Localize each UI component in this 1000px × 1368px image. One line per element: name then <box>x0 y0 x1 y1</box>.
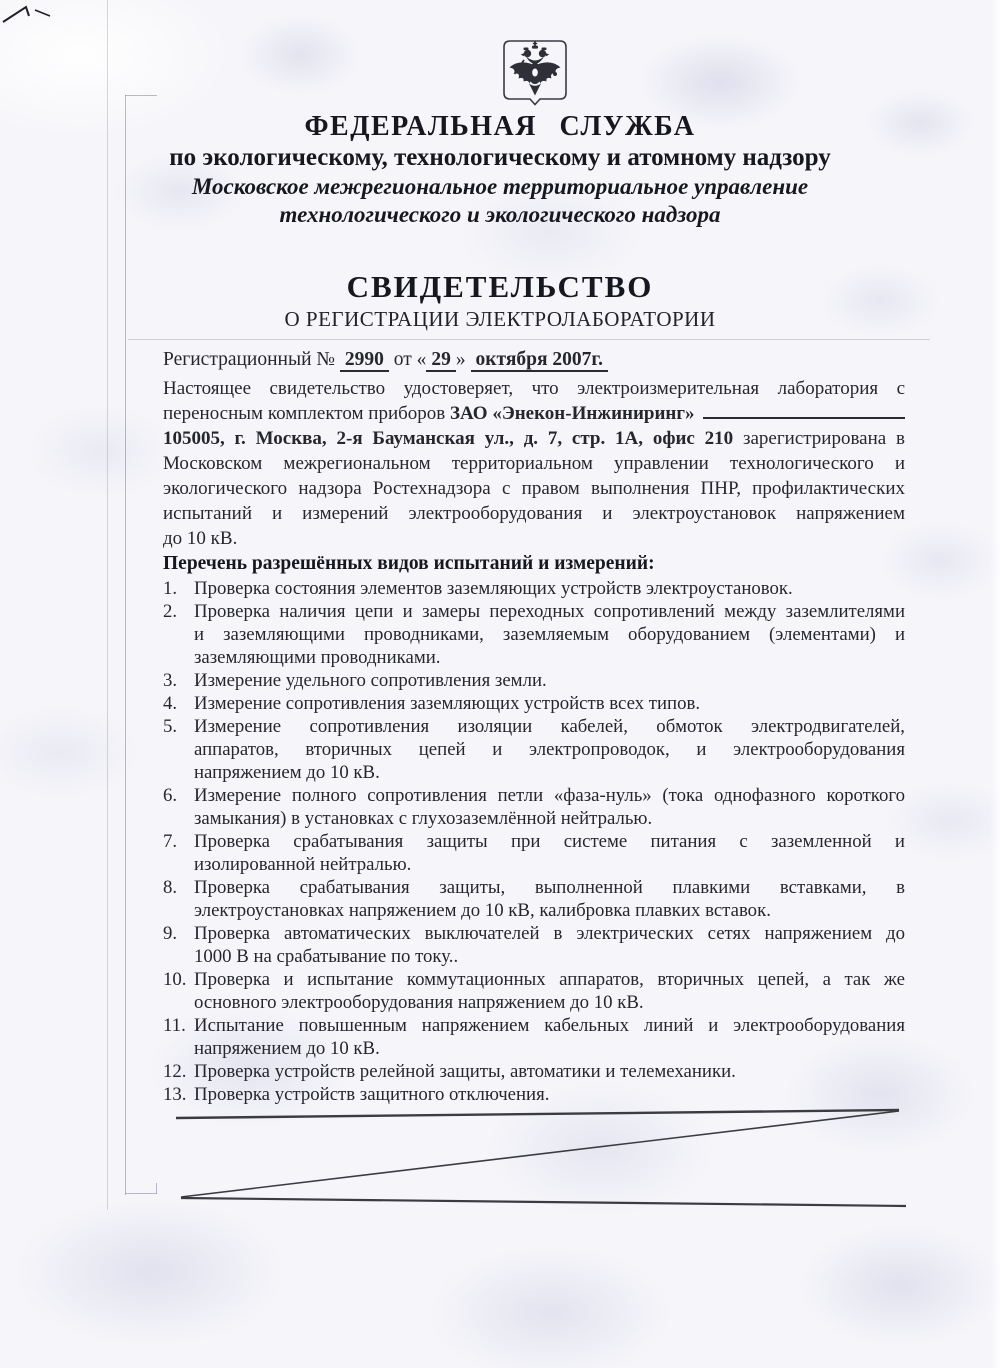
list-item-number: 12. <box>163 1060 194 1083</box>
list-item-number: 9. <box>163 922 194 968</box>
list-item-line: напряжением до 10 кВ. <box>194 761 905 784</box>
registration-from: от « <box>389 349 427 370</box>
document-body: Регистрационный № 2990 от «29» октября 2… <box>163 346 905 1106</box>
body-line-1: Настоящее свидетельство удостоверяет, чт… <box>163 376 905 401</box>
registration-number: 2990 <box>340 349 389 372</box>
org-name-line1: ФЕДЕРАЛЬНАЯ СЛУЖБА <box>0 111 1000 143</box>
list-item-number: 4. <box>163 692 194 715</box>
body-line-7: до 10 кВ. <box>163 526 905 551</box>
body-paragraph: Настоящее свидетельство удостоверяет, чт… <box>163 376 905 551</box>
frame-bottom-tick-up <box>156 1183 157 1194</box>
list-item-line: Проверка срабатывания защиты, выполненно… <box>194 876 905 899</box>
list-item-line: Проверка устройств релейной защиты, авто… <box>194 1060 905 1083</box>
coat-of-arms-icon <box>498 37 572 114</box>
list-item-number: 3. <box>163 669 194 692</box>
org-subdivision-line2: технологического и экологического надзор… <box>0 201 1000 229</box>
list-item-line: и заземляющими проводниками, заземляемым… <box>194 623 905 646</box>
divider-rule <box>128 339 930 340</box>
list-item: 4. Измерение сопротивления заземляющих у… <box>163 692 905 715</box>
registration-date: октября 2007г. <box>471 349 608 372</box>
scan-artifact-marks <box>0 0 60 30</box>
list-item-number: 5. <box>163 715 194 784</box>
list-item: 6. Измерение полного сопротивления петли… <box>163 784 905 830</box>
list-item: 10. Проверка и испытание коммутационных … <box>163 968 905 1014</box>
body-line-2-text: переносным комплектом приборов <box>163 401 450 426</box>
list-item-line: заземляющими проводниками. <box>194 646 905 669</box>
list-item-line: Испытание повышенным напряжением кабельн… <box>194 1014 905 1037</box>
body-line-6: испытаний и измерений электрооборудовани… <box>163 501 905 526</box>
registration-line: Регистрационный № 2990 от «29» октября 2… <box>163 346 905 373</box>
list-item-line: Проверка срабатывания защиты при системе… <box>194 830 905 853</box>
list-item-line: Проверка и испытание коммутационных аппа… <box>194 968 905 991</box>
body-line-2: переносным комплектом приборов ЗАО «Энек… <box>163 401 905 426</box>
frame-top-tick <box>125 95 157 96</box>
list-item-number: 11. <box>163 1014 194 1060</box>
list-item-line: 1000 В на срабатывание по току.. <box>194 945 905 968</box>
frame-bottom-tick <box>125 1193 157 1194</box>
list-item: 5. Измерение сопротивления изоляции кабе… <box>163 715 905 784</box>
company-address: 105005, г. Москва, 2-я Бауманская ул., д… <box>163 428 733 449</box>
list-item-number: 2. <box>163 600 194 669</box>
registration-day: 29 <box>426 349 456 372</box>
list-item-line: электроустановках напряжением до 10 кВ, … <box>194 899 905 922</box>
list-item-line: Проверка автоматических выключателей в э… <box>194 922 905 945</box>
list-item-line: замыкания) в установках с глухозаземлённ… <box>194 807 905 830</box>
list-item-line: изолированной нейтралью. <box>194 853 905 876</box>
company-name: ЗАО «Энекон-Инжиниринг» <box>450 401 695 426</box>
list-heading: Перечень разрешённых видов испытаний и и… <box>163 551 905 577</box>
list-item: 2. Проверка наличия цепи и замеры перехо… <box>163 600 905 669</box>
org-subdivision-line1: Московское межрегиональное территориальн… <box>0 173 1000 201</box>
list-item: 1. Проверка состояния элементов заземляю… <box>163 577 905 600</box>
list-item-line: Измерение сопротивления заземляющих устр… <box>194 692 905 715</box>
document-subtitle: О РЕГИСТРАЦИИ ЭЛЕКТРОЛАБОРАТОРИИ <box>0 306 1000 332</box>
list-item: 7. Проверка срабатывания защиты при сист… <box>163 830 905 876</box>
list-item-line: Проверка наличия цепи и замеры переходны… <box>194 600 905 623</box>
blank-underline <box>703 417 905 419</box>
list-item-line: Проверка устройств защитного отключения. <box>194 1083 905 1106</box>
list-item-number: 13. <box>163 1083 194 1106</box>
list-item-line: Измерение сопротивления изоляции кабелей… <box>194 715 905 738</box>
list-item-number: 7. <box>163 830 194 876</box>
list-item: 9. Проверка автоматических выключателей … <box>163 922 905 968</box>
org-name-line2: по экологическому, технологическому и ат… <box>0 143 1000 173</box>
list-item-number: 8. <box>163 876 194 922</box>
list-item-number: 1. <box>163 577 194 600</box>
body-line-5: экологического надзора Ростехнадзора с п… <box>163 476 905 501</box>
org-header: ФЕДЕРАЛЬНАЯ СЛУЖБА по экологическому, те… <box>0 111 1000 229</box>
body-line-4: Московском межрегиональном территориальн… <box>163 451 905 476</box>
registration-label: Регистрационный № <box>163 349 335 370</box>
list-item-number: 6. <box>163 784 194 830</box>
body-line-3-text: зарегистрирована в <box>733 428 905 449</box>
title-block: СВИДЕТЕЛЬСТВО О РЕГИСТРАЦИИ ЭЛЕКТРОЛАБОР… <box>0 268 1000 332</box>
list-item-line: основного электрооборудования напряжение… <box>194 991 905 1014</box>
list-item: 3. Измерение удельного сопротивления зем… <box>163 669 905 692</box>
document-title: СВИДЕТЕЛЬСТВО <box>0 268 1000 306</box>
list-item-line: аппаратов, вторичных цепей и электропров… <box>194 738 905 761</box>
frame-left-line <box>125 95 126 1195</box>
list-item-line: Измерение полного сопротивления петли «ф… <box>194 784 905 807</box>
list-item-line: напряжением до 10 кВ. <box>194 1037 905 1060</box>
list-item: 8. Проверка срабатывания защиты, выполне… <box>163 876 905 922</box>
permitted-tests-list: 1. Проверка состояния элементов заземляю… <box>163 577 905 1106</box>
body-line-3: 105005, г. Москва, 2-я Бауманская ул., д… <box>163 426 905 451</box>
list-item: 11. Испытание повышенным напряжением каб… <box>163 1014 905 1060</box>
list-item-line: Измерение удельного сопротивления земли. <box>194 669 905 692</box>
registration-close-quote: » <box>456 349 471 370</box>
scanned-certificate-page: ФЕДЕРАЛЬНАЯ СЛУЖБА по экологическому, те… <box>0 0 1000 1368</box>
list-item: 12. Проверка устройств релейной защиты, … <box>163 1060 905 1083</box>
list-item-number: 10. <box>163 968 194 1014</box>
list-item: 13. Проверка устройств защитного отключе… <box>163 1083 905 1106</box>
list-item-line: Проверка состояния элементов заземляющих… <box>194 577 905 600</box>
